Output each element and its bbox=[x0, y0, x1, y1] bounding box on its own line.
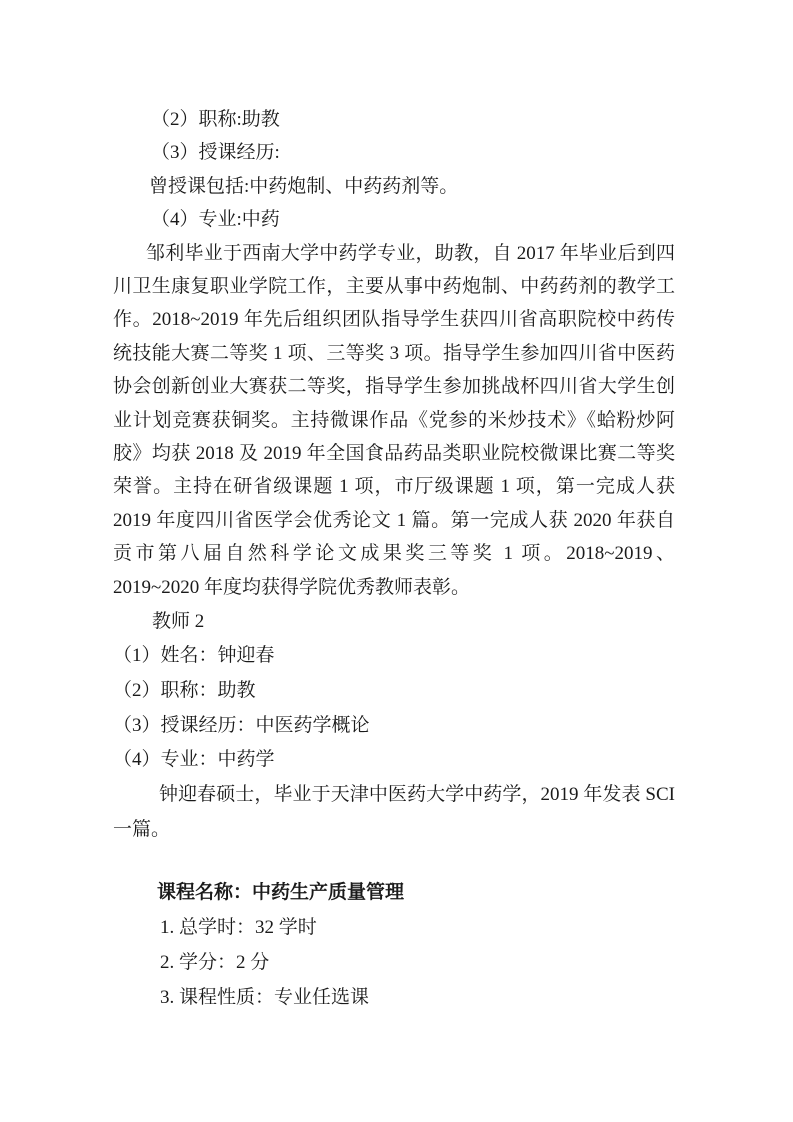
teacher1-bio-paragraph: 邹利毕业于西南大学中药学专业，助教，自 2017 年毕业后到四川卫生康复职业学院… bbox=[113, 237, 675, 604]
course-item-total-hours: 1. 总学时：32 学时 bbox=[113, 910, 675, 945]
document-page: （2）职称:助教 （3）授课经历: 曾授课包括:中药炮制、中药药剂等。 （4）专… bbox=[0, 0, 793, 1122]
course-item-type: 3. 课程性质：专业任选课 bbox=[113, 980, 675, 1015]
teacher1-field-major: （4）专业:中药 bbox=[113, 203, 675, 236]
teacher2-section: 教师 2 （1）姓名：钟迎春 （2）职称：助教 （3）授课经历：中医药学概论 （… bbox=[113, 605, 675, 848]
teacher1-section: （2）职称:助教 （3）授课经历: 曾授课包括:中药炮制、中药药剂等。 （4）专… bbox=[113, 103, 675, 604]
course-section: 课程名称：中药生产质量管理 1. 总学时：32 学时 2. 学分：2 分 3. … bbox=[113, 875, 675, 1015]
teacher2-field-title: （2）职称：助教 bbox=[113, 674, 675, 709]
teacher1-field-title: （2）职称:助教 bbox=[113, 103, 675, 136]
teacher2-field-name: （1）姓名：钟迎春 bbox=[113, 639, 675, 674]
teacher2-field-major: （4）专业：中药学 bbox=[113, 743, 675, 778]
page-content: （2）职称:助教 （3）授课经历: 曾授课包括:中药炮制、中药药剂等。 （4）专… bbox=[113, 103, 675, 1015]
teacher1-field-experience: （3）授课经历: bbox=[113, 136, 675, 169]
course-item-credits: 2. 学分：2 分 bbox=[113, 945, 675, 980]
course-title: 课程名称：中药生产质量管理 bbox=[113, 875, 675, 910]
teacher2-bio-paragraph: 钟迎春硕士，毕业于天津中医药大学中药学，2019 年发表 SCI 一篇。 bbox=[113, 778, 675, 848]
teacher1-field-courses-taught: 曾授课包括:中药炮制、中药药剂等。 bbox=[113, 170, 675, 203]
teacher2-field-experience: （3）授课经历：中医药学概论 bbox=[113, 709, 675, 744]
teacher2-heading: 教师 2 bbox=[113, 605, 675, 639]
